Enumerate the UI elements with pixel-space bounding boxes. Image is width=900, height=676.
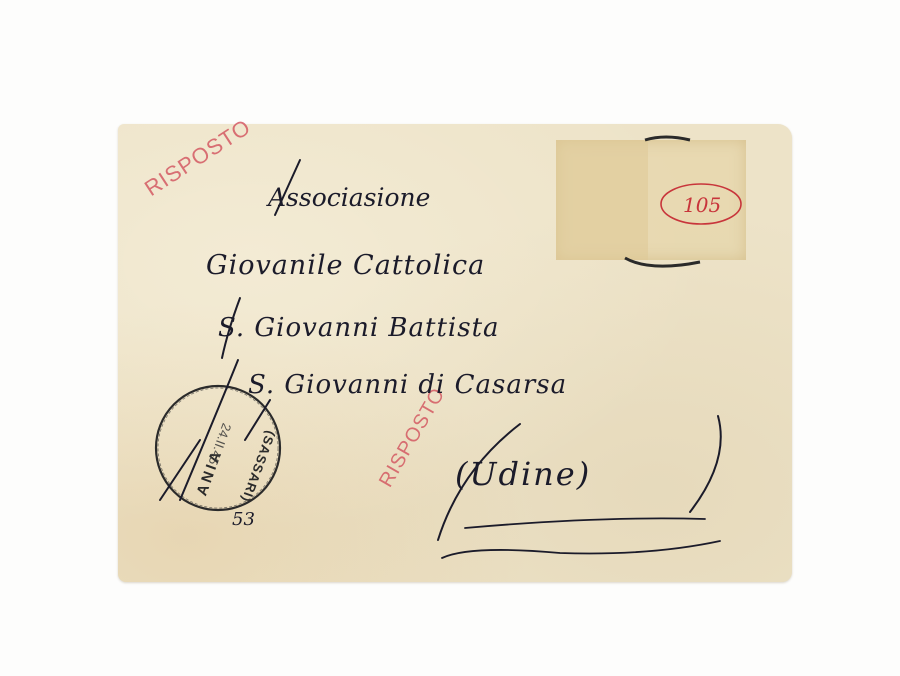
- svg-text:53: 53: [232, 509, 255, 530]
- circular-postmark: ANIA (SASSARI) 24.II.45: [156, 386, 280, 510]
- ink-and-postmark-layer: 105 ANIA (SASSARI) 24.II.45 53: [0, 0, 900, 676]
- pencil-number-mark: 105: [661, 184, 741, 224]
- cancel-arc-bottom: [625, 258, 700, 266]
- cancel-arc-top: [645, 137, 690, 140]
- svg-text:105: 105: [683, 193, 721, 217]
